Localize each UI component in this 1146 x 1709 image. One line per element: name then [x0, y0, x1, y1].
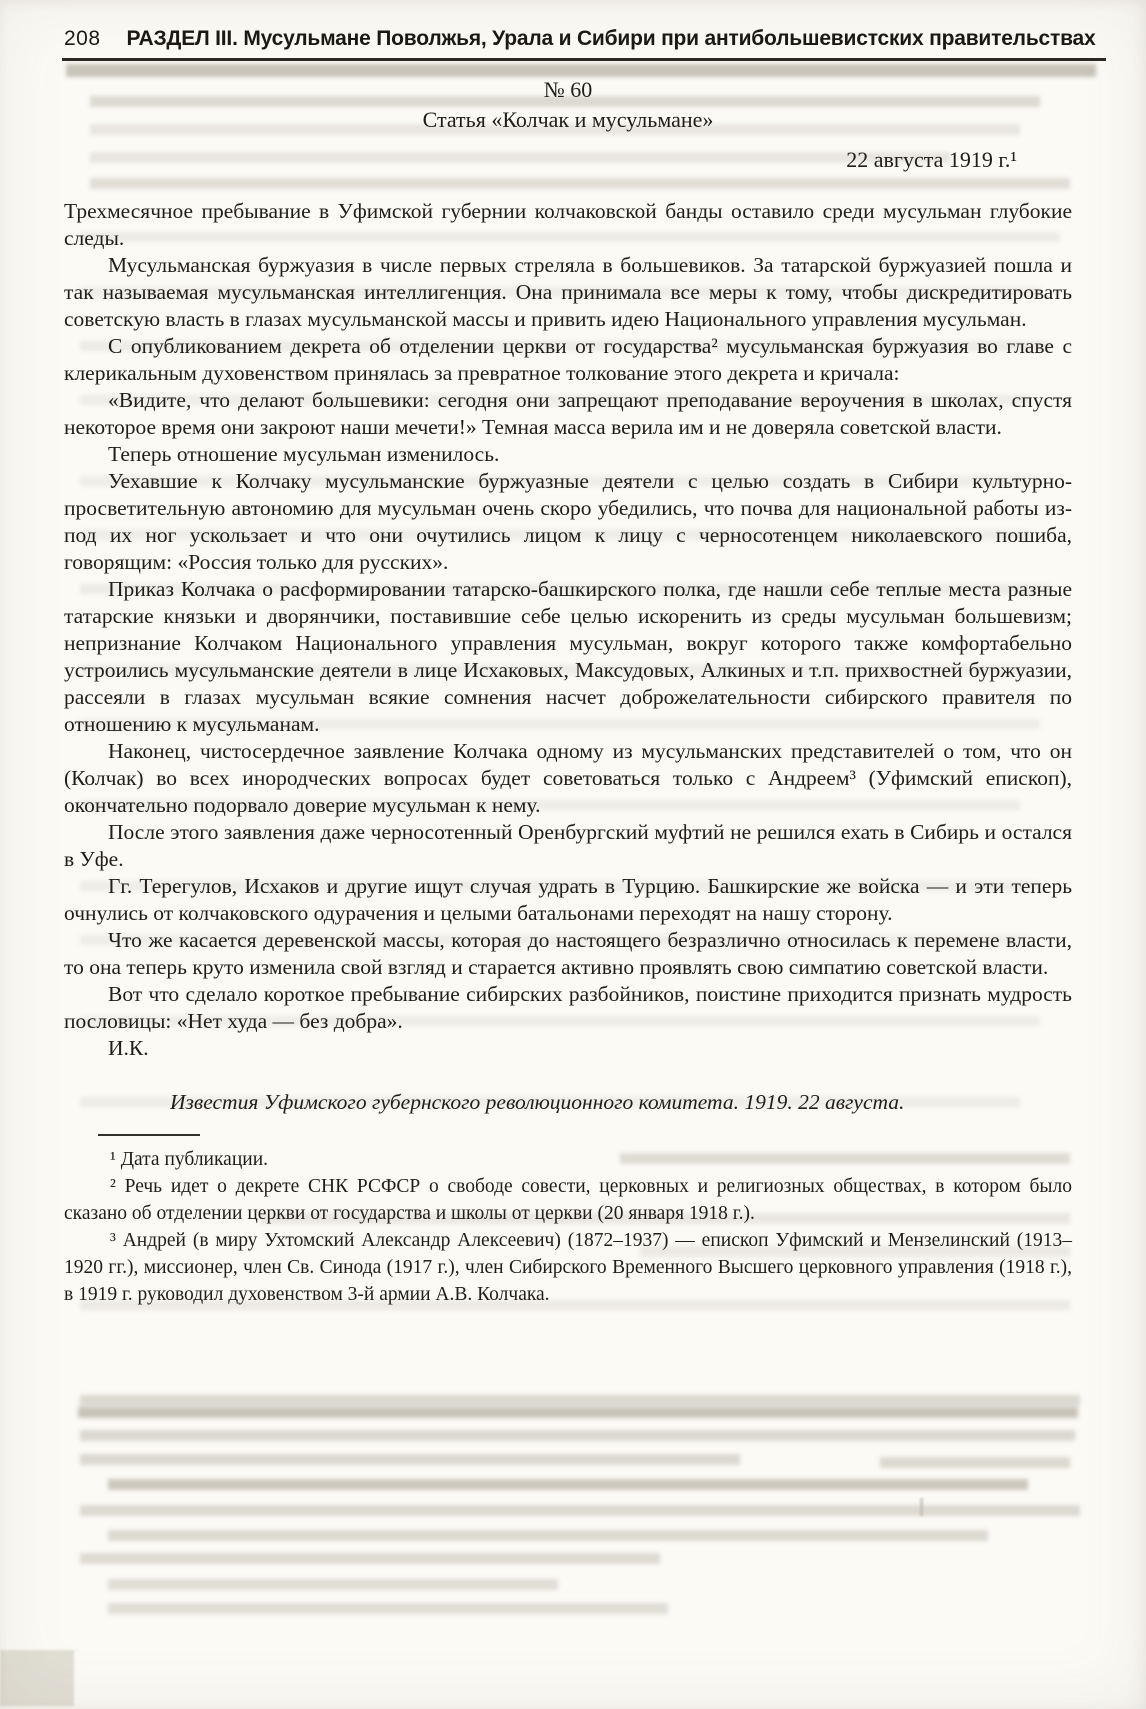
document-number: № 60 [64, 76, 1072, 104]
paragraph: Приказ Колчака о расформировании татарск… [64, 576, 1072, 738]
running-header: 208 РАЗДЕЛ III. Мусульмане Поволжья, Ура… [64, 25, 1110, 53]
paragraph: Гг. Терегулов, Исхаков и другие ищут слу… [64, 873, 1072, 927]
scan-speck [920, 1498, 923, 1516]
section-header-title: РАЗДЕЛ III. Мусульмане Поволжья, Урала и… [127, 25, 1096, 53]
author-signature: И.К. [64, 1035, 1072, 1062]
paragraph: Уехавшие к Колчаку мусульманские буржуаз… [64, 468, 1072, 576]
scan-corner-artifact [0, 1650, 74, 1706]
source-citation: Известия Уфимского губернского революцио… [170, 1089, 1072, 1116]
document-title: Статья «Колчак и мусульмане» [64, 106, 1072, 134]
footnote-separator-rule [98, 1134, 200, 1136]
paragraph: Наконец, чистосердечное заявление Колчак… [64, 738, 1072, 819]
document-body: № 60 Статья «Колчак и мусульмане» 22 авг… [64, 76, 1072, 1308]
paragraph: Что же касается деревенской массы, котор… [64, 927, 1072, 981]
footnote: ³ Андрей (в миру Ухтомский Александр Але… [64, 1227, 1072, 1308]
paragraph: С опубликованием декрета об отделении це… [64, 333, 1072, 387]
footnotes: ¹ Дата публикации. ² Речь идет о декрете… [64, 1146, 1072, 1308]
paragraph: Теперь отношение мусульман изменилось. [64, 441, 1072, 468]
page-number: 208 [64, 25, 101, 53]
paragraph: Трехмесячное пребывание в Уфимской губер… [64, 198, 1072, 252]
paragraph: Вот что сделало короткое пребывание сиби… [64, 981, 1072, 1035]
document-date: 22 августа 1919 г.¹ [64, 146, 1072, 173]
paragraph: «Видите, что делают большевики: сегодня … [64, 387, 1072, 441]
article-text: Трехмесячное пребывание в Уфимской губер… [64, 198, 1072, 1062]
footnote: ¹ Дата публикации. [64, 1146, 1072, 1173]
header-rule [62, 58, 1106, 61]
footnote: ² Речь идет о декрете СНК РСФСР о свобод… [64, 1173, 1072, 1227]
scanned-book-page: 208 РАЗДЕЛ III. Мусульмане Поволжья, Ура… [0, 0, 1146, 1709]
paragraph: После этого заявления даже черносотенный… [64, 819, 1072, 873]
paragraph: Мусульманская буржуазия в числе первых с… [64, 252, 1072, 333]
